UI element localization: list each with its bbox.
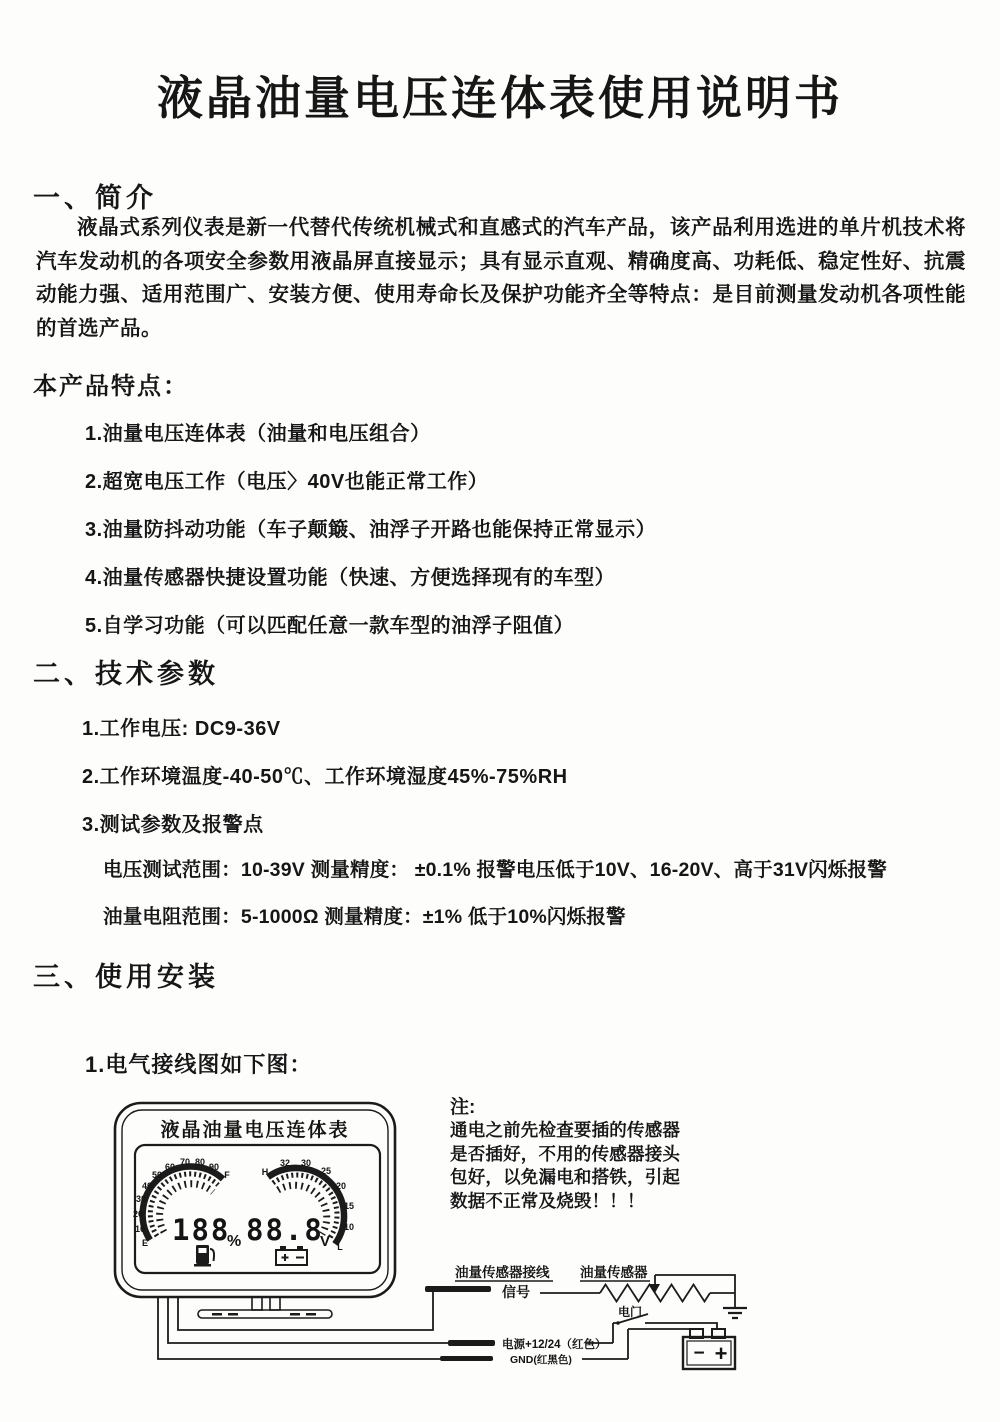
install-heading: 三、使用安装 xyxy=(33,955,219,994)
spec-detail: 油量电阻范围：5-1000Ω 测量精度：±1% 低于10%闪烁报警 xyxy=(103,901,983,929)
volt-scale-label: 30 xyxy=(301,1158,311,1168)
fuel-scale-label: 60 xyxy=(165,1162,175,1172)
feature-item: 1.油量电压连体表（油量和电压组合） xyxy=(85,417,431,446)
fuel-scale-label: 10 xyxy=(135,1224,145,1234)
fuel-scale-label: 50 xyxy=(152,1170,162,1180)
fuel-scale-label: F xyxy=(224,1170,230,1180)
specs-heading: 二、技术参数 xyxy=(33,652,219,691)
ground-wire xyxy=(158,1297,493,1359)
intro-heading: 一、简介 xyxy=(33,176,157,215)
spec-item: 2.工作环境温度-40-50℃、工作环境湿度45%-75%RH xyxy=(82,760,568,789)
sensor-heading: 油量传感器 xyxy=(580,1264,648,1280)
battery-minus-sign: − xyxy=(693,1343,704,1364)
sensor-wiring-heading: 油量传感器接线 xyxy=(455,1264,550,1280)
fuel-scale-label: 30 xyxy=(136,1194,146,1204)
volt-scale-label: H xyxy=(262,1167,269,1177)
volt-scale-label: 10 xyxy=(344,1222,354,1232)
meter-illustration: 液晶油量电压连体表 E 10 20 30 40 50 60 70 80 90 F… xyxy=(115,1103,395,1318)
feature-item: 2.超宽电压工作（电压〉40V也能正常工作） xyxy=(85,465,488,494)
volt-unit: V xyxy=(320,1233,330,1250)
volt-gauge: H 32 30 25 20 15 10 L 88.8 V xyxy=(246,1158,354,1265)
volt-reading: 88.8 xyxy=(246,1213,324,1247)
mount-bracket xyxy=(198,1297,332,1318)
ground-symbol xyxy=(723,1308,747,1318)
spec-item: 3.测试参数及报警点 xyxy=(82,808,264,837)
feature-item: 3.油量防抖动功能（车子颠簸、油浮子开路也能保持正常显示） xyxy=(85,513,656,542)
fuel-reading: 188 xyxy=(172,1213,230,1247)
ground-label: GND(红黑色) xyxy=(510,1353,572,1366)
fuel-scale-label: 90 xyxy=(209,1162,219,1172)
feature-item: 5.自学习功能（可以匹配任意一款车型的油浮子阻值） xyxy=(85,609,574,638)
fuel-scale-label: 70 xyxy=(180,1157,190,1167)
volt-scale-label: 15 xyxy=(344,1201,354,1211)
wiring-step-label: 1.电气接线图如下图： xyxy=(85,1048,312,1079)
signal-label: 信号 xyxy=(502,1284,530,1300)
fuel-unit: % xyxy=(227,1233,241,1250)
battery-icon xyxy=(276,1246,307,1265)
intro-paragraph: 液晶式系列仪表是新一代替代传统机械式和直感式的汽车产品，该产品利用选进的单片机技… xyxy=(36,211,966,345)
fuel-scale-label: E xyxy=(142,1238,148,1248)
wiring-diagram: 液晶油量电压连体表 E 10 20 30 40 50 60 70 80 90 F… xyxy=(0,1090,1000,1422)
wiper-arrow xyxy=(650,1275,660,1293)
power-terminal xyxy=(448,1340,495,1346)
ground-terminal xyxy=(440,1356,493,1361)
manual-page: 液晶油量电压连体表使用说明书 一、简介 液晶式系列仪表是新一代替代传统机械式和直… xyxy=(0,0,1000,1422)
volt-scale-label: L xyxy=(337,1242,343,1252)
fuel-scale-label: 80 xyxy=(195,1157,205,1167)
power-wire xyxy=(168,1297,448,1343)
fuel-scale-label: 20 xyxy=(133,1209,143,1219)
fuel-gauge: E 10 20 30 40 50 60 70 80 90 F 188 % xyxy=(133,1157,241,1267)
spec-detail: 电压测试范围：10-39V 测量精度： ±0.1% 报警电压低于10V、16-2… xyxy=(103,854,983,882)
volt-scale-label: 25 xyxy=(321,1166,331,1176)
meter-title: 液晶油量电压连体表 xyxy=(160,1118,349,1141)
fuel-pump-icon xyxy=(194,1245,214,1267)
features-heading: 本产品特点： xyxy=(33,366,189,401)
fuel-scale-label: 40 xyxy=(142,1181,152,1191)
battery-plus-sign: + xyxy=(715,1341,728,1366)
volt-scale-label: 32 xyxy=(280,1158,290,1168)
doc-title: 液晶油量电压连体表使用说明书 xyxy=(0,62,1000,128)
feature-item: 4.油量传感器快捷设置功能（快速、方便选择现有的车型） xyxy=(85,561,615,590)
spec-item: 1.工作电压: DC9-36V xyxy=(82,712,281,741)
battery-symbol: − + xyxy=(683,1329,735,1369)
signal-terminal xyxy=(425,1286,491,1292)
power-label: 电源+12/24（红色） xyxy=(502,1337,607,1351)
volt-scale-label: 20 xyxy=(336,1181,346,1191)
